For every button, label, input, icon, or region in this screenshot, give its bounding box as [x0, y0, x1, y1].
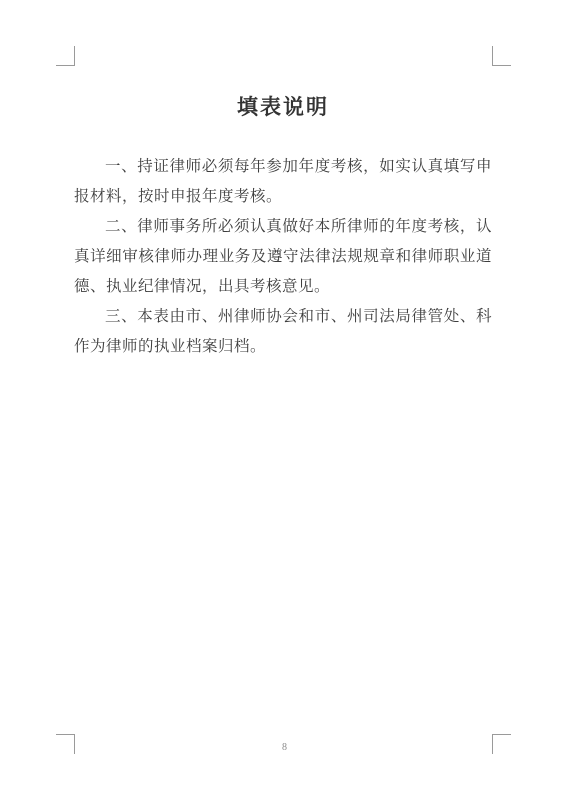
document-page: 填表说明 一、持证律师必须每年参加年度考核，如实认真填写申报材料，按时申报年度考… — [0, 0, 569, 805]
document-body: 一、持证律师必须每年参加年度考核，如实认真填写申报材料，按时申报年度考核。 二、… — [74, 152, 492, 362]
document-title: 填表说明 — [74, 91, 492, 121]
text-boundary-mark-top-right — [492, 46, 511, 66]
paragraph-2: 二、律师事务所必须认真做好本所律师的年度考核，认真详细审核律师办理业务及遵守法律… — [74, 212, 492, 302]
paragraph-3: 三、本表由市、州律师协会和市、州司法局律管处、科作为律师的执业档案归档。 — [74, 302, 492, 362]
page-number: 8 — [0, 742, 569, 753]
text-boundary-mark-top-left — [56, 46, 75, 66]
paragraph-1: 一、持证律师必须每年参加年度考核，如实认真填写申报材料，按时申报年度考核。 — [74, 152, 492, 212]
